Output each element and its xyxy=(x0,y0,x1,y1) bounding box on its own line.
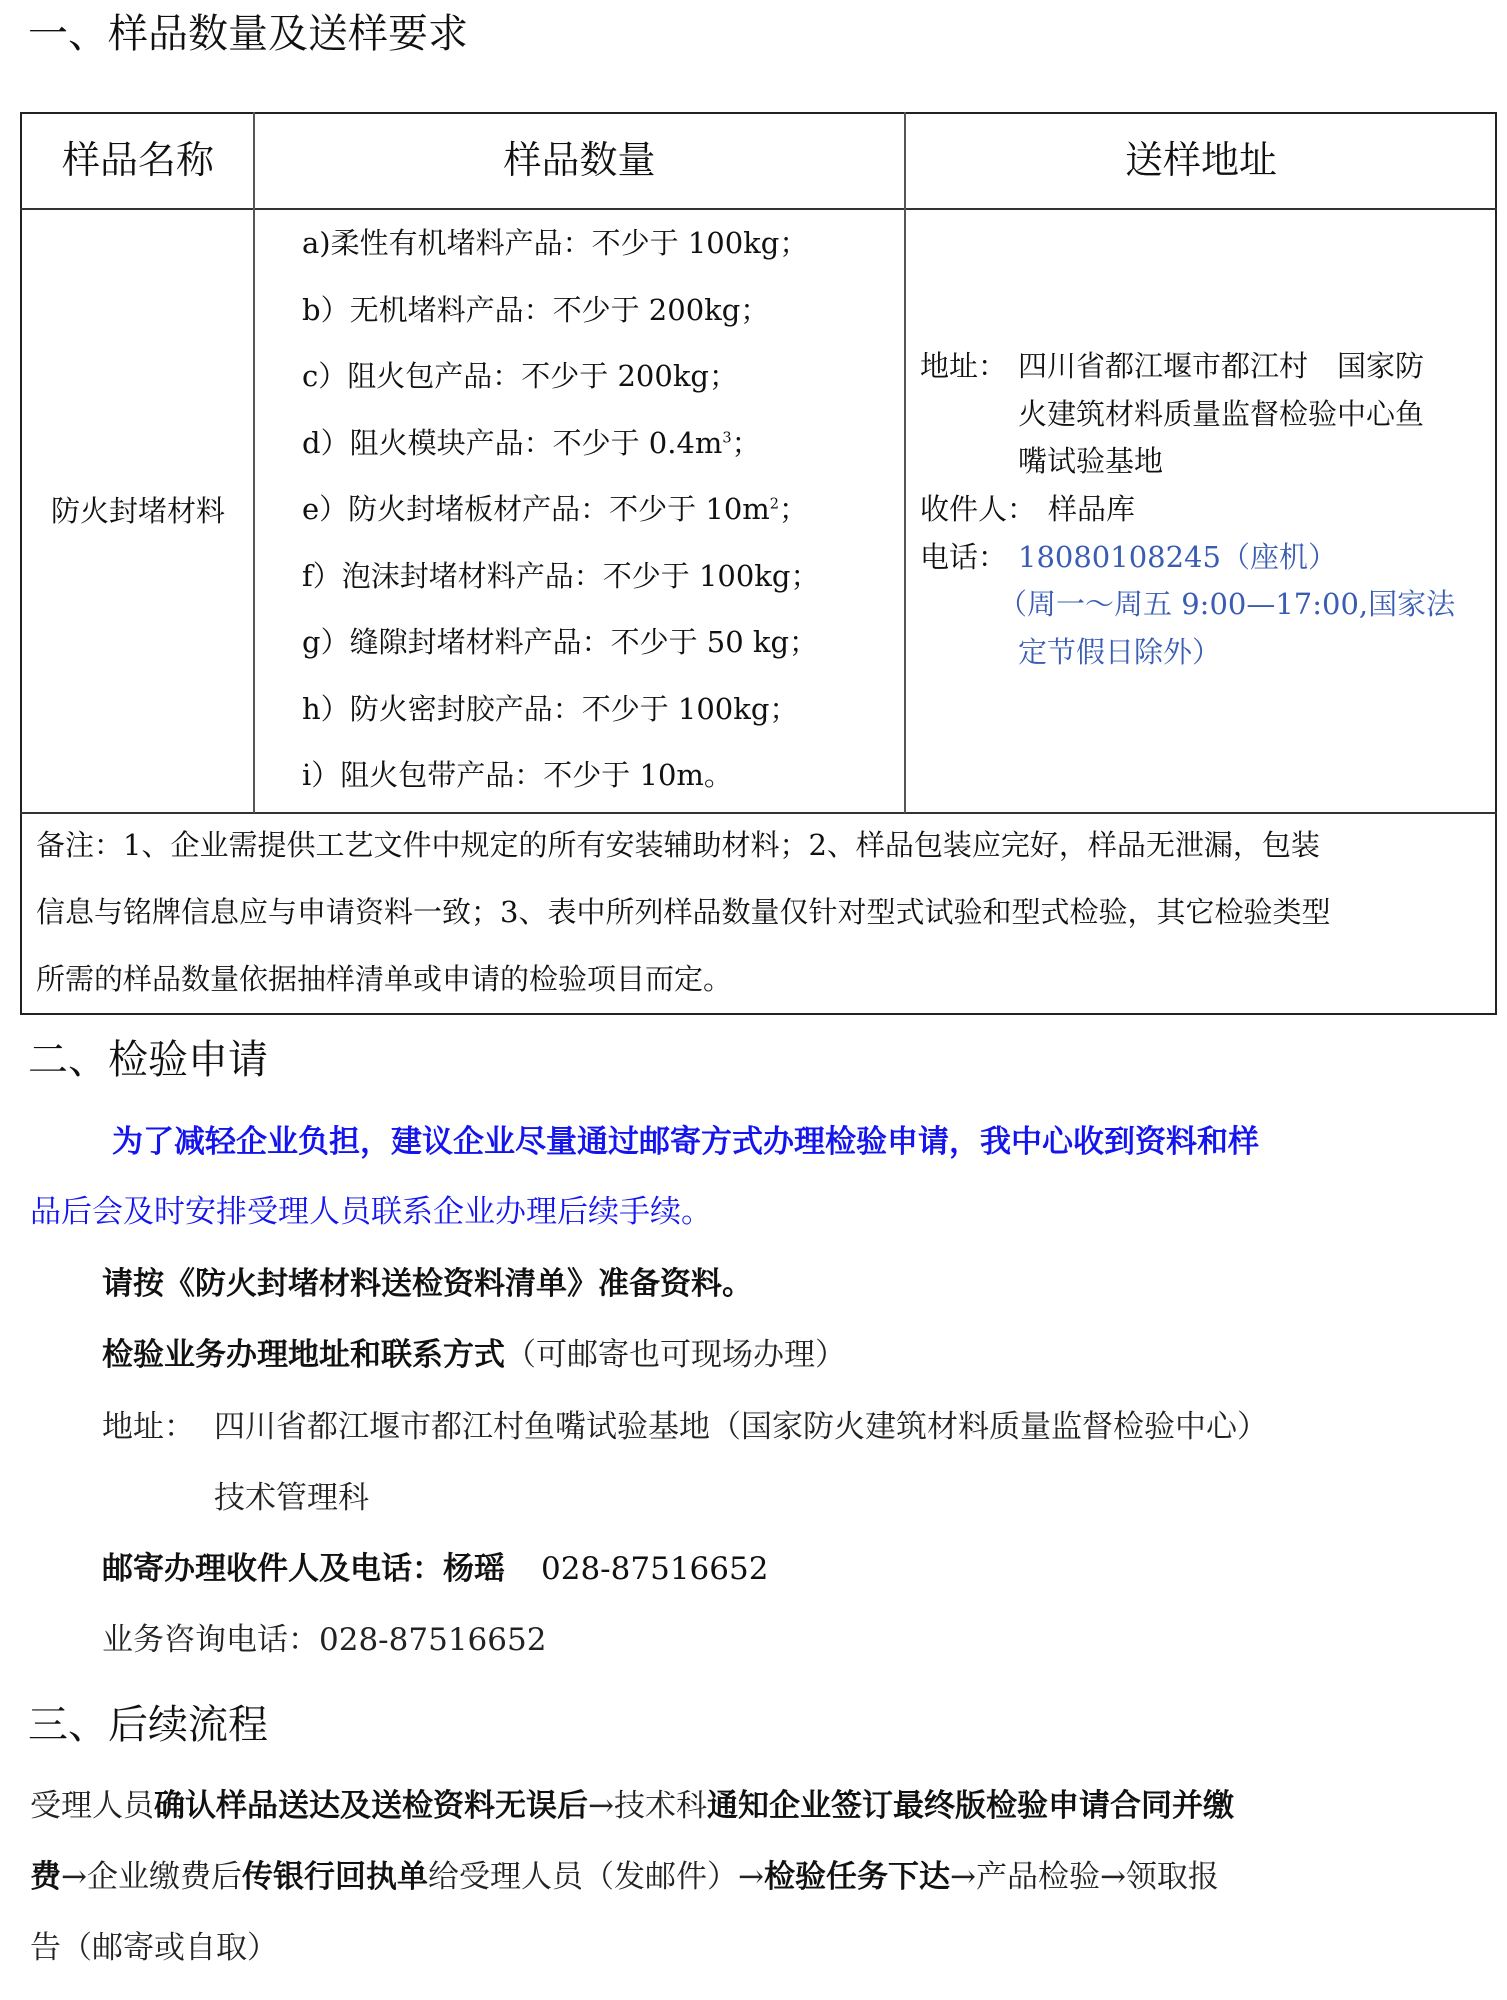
quantity-item: i）阻火包带产品：不少于 10m。 xyxy=(302,756,733,794)
quantity-item-text: 阻火模块产品：不少于 0.4m xyxy=(350,426,723,460)
quantity-item-prefix: g） xyxy=(302,625,350,659)
hours-line: （周一～周五 9:00—17:00,国家法 xyxy=(998,585,1455,623)
hours-line: 定节假日除外） xyxy=(1018,633,1221,671)
phone-value[interactable]: 18080108245（座机） xyxy=(1018,538,1337,576)
advice-line: 品后会及时安排受理人员联系企业办理后续手续。 xyxy=(30,1192,712,1232)
quantity-item-text: 泡沫封堵材料产品：不少于 100kg； xyxy=(342,559,820,593)
address-line: 火建筑材料质量监督检验中心鱼 xyxy=(1018,395,1424,433)
address-line: 四川省都江堰市都江村 国家防 xyxy=(1018,347,1424,385)
consult-row: 业务咨询电话：028-87516652 xyxy=(102,1620,546,1660)
s2-address-line1: 四川省都江堰市都江村鱼嘴试验基地（国家防火建筑材料质量监督检验中心） xyxy=(214,1407,1268,1447)
table-col-divider-1 xyxy=(253,112,255,813)
quantity-item-text: 防火封堵板材产品：不少于 10m xyxy=(348,492,770,526)
flow-segment: 检验任务下达 xyxy=(764,1859,950,1895)
header-sample-quantity: 样品数量 xyxy=(254,137,905,183)
header-sample-name: 样品名称 xyxy=(22,137,254,183)
flow-segment: 费 xyxy=(30,1859,61,1895)
notes-line: 备注：1、企业需提供工艺文件中规定的所有安装辅助材料；2、样品包装应完好，样品无… xyxy=(36,826,1320,864)
flow-segment: 传银行回执单 xyxy=(242,1859,428,1895)
s2-address-line2: 技术管理科 xyxy=(214,1478,369,1518)
flow-segment: 确认样品送达及送检资料无误后 xyxy=(154,1788,588,1824)
quantity-item: g）缝隙封堵材料产品：不少于 50 kg； xyxy=(302,623,818,661)
quantity-item-prefix: c） xyxy=(302,359,347,393)
quantity-item-prefix: f） xyxy=(302,559,342,593)
prepare-text: 请按《防火封堵材料送检资料清单》准备资料。 xyxy=(102,1264,753,1304)
quantity-item-prefix: i） xyxy=(302,758,340,792)
sample-name-cell: 防火封堵材料 xyxy=(22,492,254,530)
quantity-item-prefix: e） xyxy=(302,492,348,526)
table-header-divider xyxy=(20,208,1497,210)
quantity-item-suffix: ； xyxy=(732,426,761,460)
recipient-value: 样品库 xyxy=(1048,490,1135,528)
quantity-item-prefix: a) xyxy=(302,226,331,260)
quantity-item-text: 阻火包产品：不少于 200kg； xyxy=(347,359,738,393)
quantity-item-prefix: b） xyxy=(302,293,350,327)
section3-heading: 三、后续流程 xyxy=(28,1701,268,1749)
quantity-item-text: 无机堵料产品：不少于 200kg； xyxy=(350,293,770,327)
flow-segment: →企业缴费后 xyxy=(61,1859,242,1895)
quantity-item-text: 柔性有机堵料产品：不少于 100kg； xyxy=(331,226,809,260)
flow-line-1: 受理人员确认样品送达及送检资料无误后→技术科通知企业签订最终版检验申请合同并缴 xyxy=(30,1786,1234,1826)
quantity-item: b）无机堵料产品：不少于 200kg； xyxy=(302,291,769,329)
quantity-item-exponent: 2 xyxy=(770,496,779,512)
quantity-item: h）防火密封胶产品：不少于 100kg； xyxy=(302,690,798,728)
quantity-item: e）防火封堵板材产品：不少于 10m2； xyxy=(302,490,808,528)
quantity-item: a)柔性有机堵料产品：不少于 100kg； xyxy=(302,224,808,262)
consult-phone[interactable]: 028-87516652 xyxy=(319,1622,546,1658)
contact-title: 检验业务办理地址和联系方式 xyxy=(102,1337,505,1373)
quantity-item: c）阻火包产品：不少于 200kg； xyxy=(302,357,738,395)
phone-label: 电话： xyxy=(920,538,1007,576)
mail-phone[interactable]: 028-87516652 xyxy=(541,1551,768,1587)
quantity-item-prefix: d） xyxy=(302,426,350,460)
quantity-item-suffix: ； xyxy=(779,492,808,526)
quantity-item-prefix: h） xyxy=(302,692,350,726)
flow-segment: →产品检验→领取报 xyxy=(950,1859,1219,1895)
quantity-item-text: 缝隙封堵材料产品：不少于 50 kg； xyxy=(350,625,818,659)
quantity-item: d）阻火模块产品：不少于 0.4m3； xyxy=(302,424,761,462)
mail-label: 邮寄办理收件人及电话：杨瑶 xyxy=(102,1551,505,1587)
quantity-item-text: 防火密封胶产品：不少于 100kg； xyxy=(350,692,799,726)
address-line: 嘴试验基地 xyxy=(1018,442,1163,480)
section2-heading: 二、检验申请 xyxy=(28,1036,268,1084)
header-delivery-address: 送样地址 xyxy=(905,137,1497,183)
quantity-item-exponent: 3 xyxy=(722,430,731,446)
flow-line-2: 费→企业缴费后传银行回执单给受理人员（发邮件）→检验任务下达→产品检验→领取报 xyxy=(30,1857,1219,1897)
flow-segment: →技术科 xyxy=(588,1788,707,1824)
flow-segment: 通知企业签订最终版检验申请合同并缴 xyxy=(707,1788,1234,1824)
address-label: 地址： xyxy=(920,347,1007,385)
recipient-label: 收件人： xyxy=(920,490,1036,528)
mail-row: 邮寄办理收件人及电话：杨瑶028-87516652 xyxy=(102,1549,768,1589)
flow-segment: 给受理人员（发邮件）→ xyxy=(428,1859,764,1895)
notes-line: 信息与铭牌信息应与申请资料一致；3、表中所列样品数量仅针对型式试验和型式检验，其… xyxy=(36,893,1330,931)
advice-line: 为了减轻企业负担，建议企业尽量通过邮寄方式办理检验申请，我中心收到资料和样 xyxy=(112,1122,1259,1162)
flow-segment: 受理人员 xyxy=(30,1788,154,1824)
table-notes-divider xyxy=(20,812,1497,814)
notes-line: 所需的样品数量依据抽样清单或申请的检验项目而定。 xyxy=(36,960,732,998)
consult-label: 业务咨询电话： xyxy=(102,1622,319,1658)
flow-line-3: 告（邮寄或自取） xyxy=(30,1928,278,1968)
contact-title-row: 检验业务办理地址和联系方式（可邮寄也可现场办理） xyxy=(102,1335,846,1375)
contact-title-note: （可邮寄也可现场办理） xyxy=(505,1337,846,1373)
quantity-item-text: 阻火包带产品：不少于 10m。 xyxy=(340,758,733,792)
table-col-divider-2 xyxy=(904,112,906,813)
section1-heading: 一、样品数量及送样要求 xyxy=(28,10,468,58)
s2-address-label: 地址： xyxy=(102,1407,195,1447)
quantity-item: f）泡沫封堵材料产品：不少于 100kg； xyxy=(302,557,819,595)
